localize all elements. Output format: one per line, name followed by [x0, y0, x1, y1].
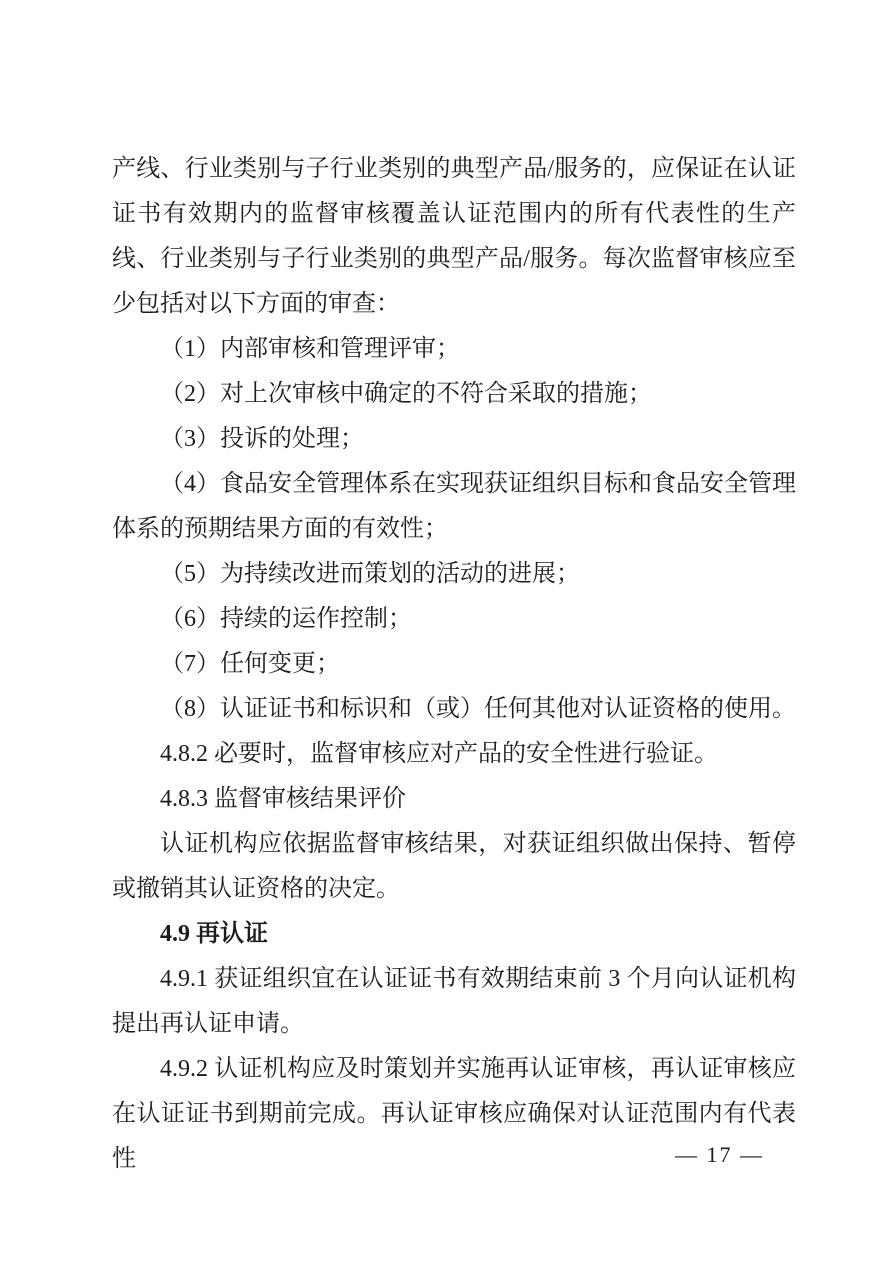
list-item-5: （5）为持续改进而策划的活动的进展；	[112, 552, 796, 597]
clause-4-8-3-heading: 4.8.3 监督审核结果评价	[112, 777, 796, 822]
list-item-7: （7）任何变更；	[112, 642, 796, 687]
list-item-3: （3）投诉的处理；	[112, 417, 796, 462]
list-item-4: （4）食品安全管理体系在实现获证组织目标和食品安全管理体系的预期结果方面的有效性…	[112, 462, 796, 552]
document-page: 产线、行业类别与子行业类别的典型产品/服务的，应保证在认证证书有效期内的监督审核…	[0, 0, 892, 1262]
paragraph-continued: 产线、行业类别与子行业类别的典型产品/服务的，应保证在认证证书有效期内的监督审核…	[112, 147, 796, 327]
list-item-2: （2）对上次审核中确定的不符合采取的措施；	[112, 372, 796, 417]
page-number: — 17 —	[675, 1142, 764, 1168]
section-heading-4-9: 4.9 再认证	[112, 912, 796, 957]
list-item-1: （1）内部审核和管理评审；	[112, 327, 796, 372]
clause-4-9-1: 4.9.1 获证组织宜在认证证书有效期结束前 3 个月向认证机构提出再认证申请。	[112, 957, 796, 1047]
list-item-8: （8）认证证书和标识和（或）任何其他对认证资格的使用。	[112, 687, 796, 732]
clause-4-8-3-body: 认证机构应依据监督审核结果，对获证组织做出保持、暂停或撤销其认证资格的决定。	[112, 822, 796, 912]
clause-4-8-2: 4.8.2 必要时，监督审核应对产品的安全性进行验证。	[112, 732, 796, 777]
list-item-6: （6）持续的运作控制；	[112, 597, 796, 642]
document-body: 产线、行业类别与子行业类别的典型产品/服务的，应保证在认证证书有效期内的监督审核…	[112, 147, 796, 1182]
